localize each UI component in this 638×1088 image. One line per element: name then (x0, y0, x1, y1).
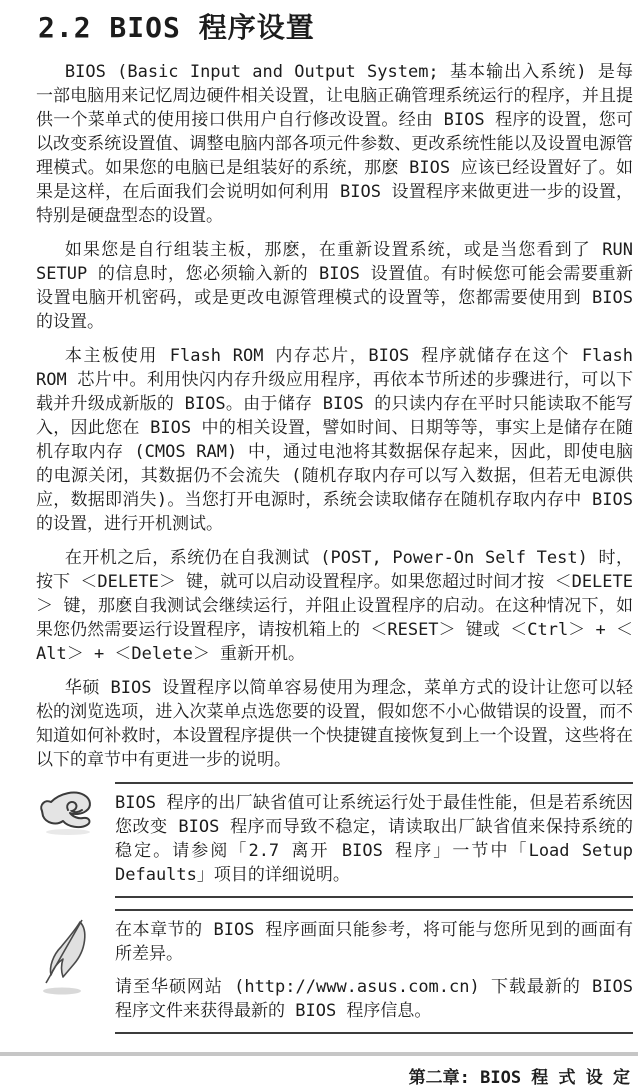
body-paragraph-5: 华硕 BIOS 设置程序以简单容易使用为理念，菜单方式的设计让您可以轻松的浏览选… (36, 676, 633, 772)
chapter-label: 第二章: BIOS 程 式 设 定 (0, 1056, 638, 1088)
page-footer: 第二章: BIOS 程 式 设 定 (0, 1052, 638, 1088)
pointing-hand-icon (36, 782, 115, 842)
body-paragraph-1: BIOS (Basic Input and Output System; 基本输… (36, 60, 633, 228)
important-note: BIOS 程序的出厂缺省值可让系统运行处于最佳性能，但是若系统因您改变 BIOS… (36, 782, 633, 898)
quill-pen-icon (36, 909, 115, 1005)
body-paragraph-4: 在开机之后，系统仍在自我测试 (POST, Power-On Self Test… (36, 546, 633, 666)
section-title: 2.2 BIOS 程序设置 (38, 6, 633, 46)
important-note-text: BIOS 程序的出厂缺省值可让系统运行处于最佳性能，但是若系统因您改变 BIOS… (115, 791, 633, 887)
manual-page: 2.2 BIOS 程序设置 BIOS (Basic Input and Outp… (0, 0, 638, 1088)
body-paragraph-3: 本主板使用 Flash ROM 内存芯片，BIOS 程序就储存在这个 Flash… (36, 344, 633, 536)
notes-section: BIOS 程序的出厂缺省值可让系统运行处于最佳性能，但是若系统因您改变 BIOS… (36, 782, 633, 1034)
info-note-text-2: 请至华硕网站 (http://www.asus.com.cn) 下载最新的 BI… (115, 975, 633, 1023)
info-note-body: 在本章节的 BIOS 程序画面只能参考，将可能与您所见到的画面有所差异。 请至华… (115, 909, 633, 1034)
info-note: 在本章节的 BIOS 程序画面只能参考，将可能与您所见到的画面有所差异。 请至华… (36, 909, 633, 1034)
info-note-text-1: 在本章节的 BIOS 程序画面只能参考，将可能与您所见到的画面有所差异。 (115, 918, 633, 966)
body-paragraph-2: 如果您是自行组装主板，那麽，在重新设置系统，或是当您看到了 RUN SETUP … (36, 238, 633, 334)
important-note-body: BIOS 程序的出厂缺省值可让系统运行处于最佳性能，但是若系统因您改变 BIOS… (115, 782, 633, 898)
